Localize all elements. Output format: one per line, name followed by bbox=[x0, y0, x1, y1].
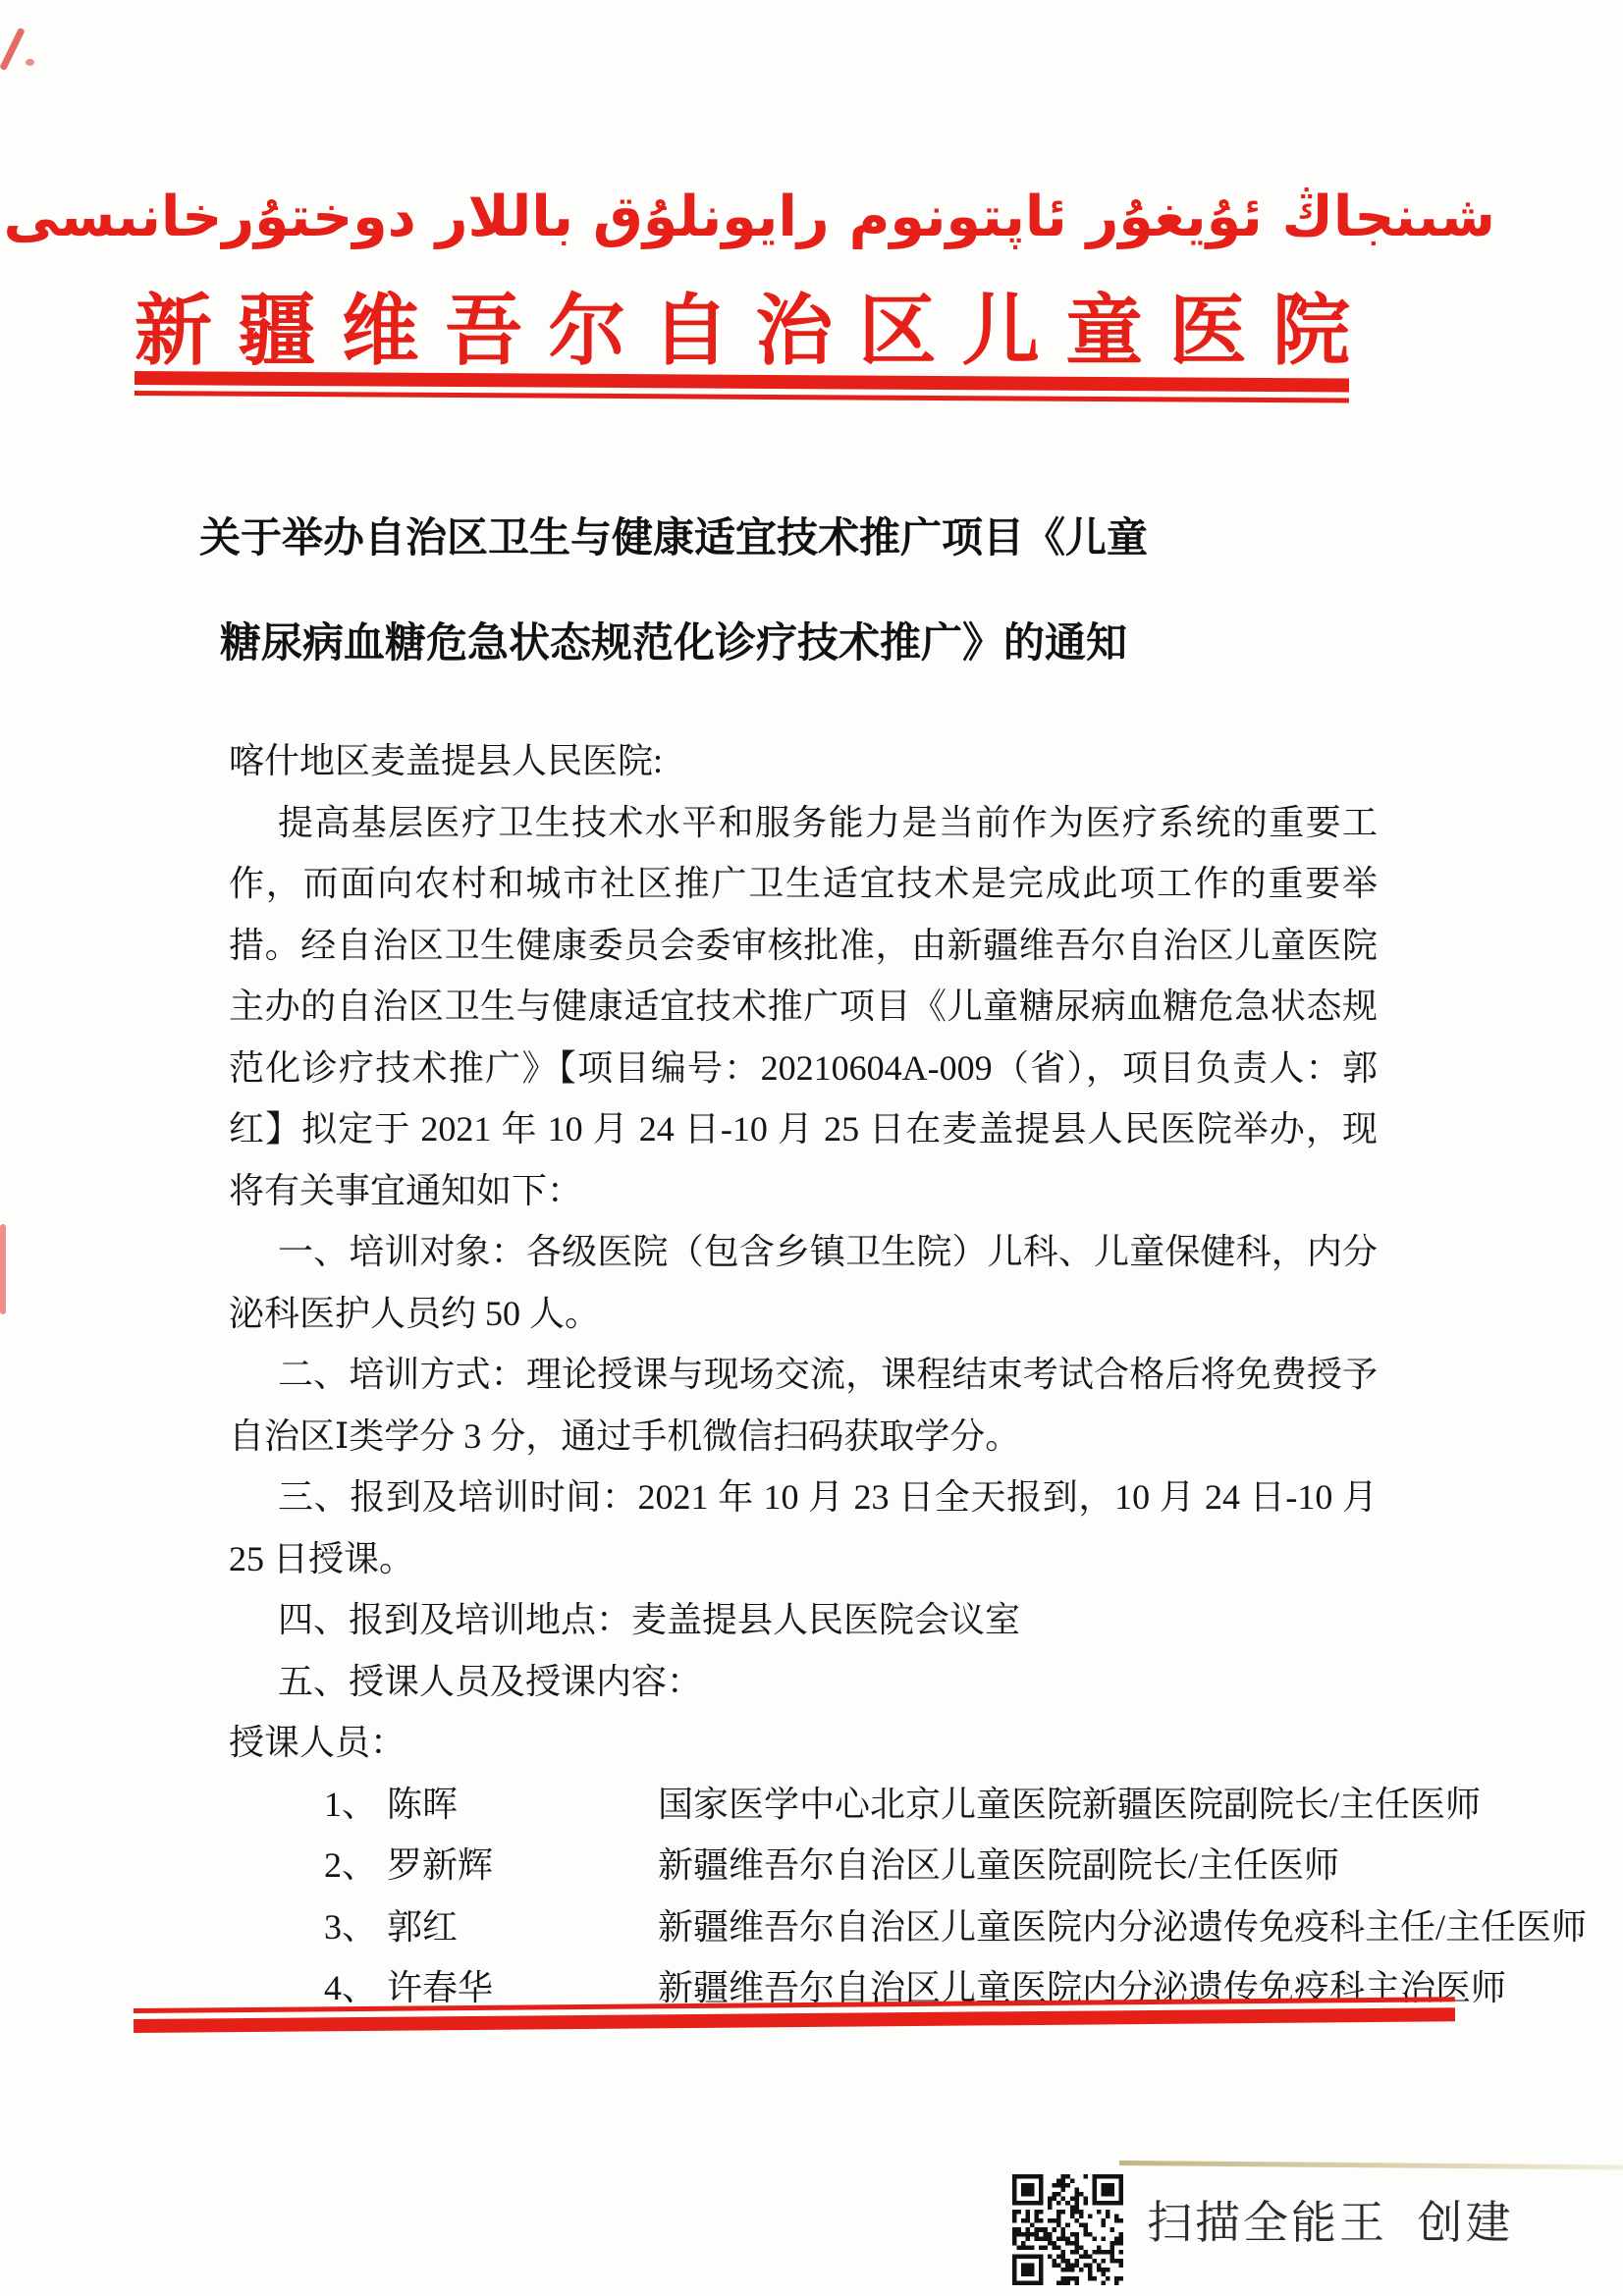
lecturer-number: 4、 bbox=[324, 1968, 377, 2007]
lecturer-name: 陈晖 bbox=[387, 1785, 458, 1824]
scan-artifact-corner bbox=[0, 27, 26, 71]
qr-code bbox=[1012, 2173, 1123, 2286]
scan-artifact-corner-dot bbox=[26, 59, 34, 66]
scan-artifact-left-edge bbox=[0, 1224, 6, 1314]
lecturer-title: 新疆维吾尔自治区儿童医院内分泌遗传免疫科主任/主任医师 bbox=[658, 1896, 1587, 1958]
item-3-training-time: 三、报到及培训时间：2021 年 10 月 23 日全天报到，10 月 24 日… bbox=[229, 1467, 1378, 1589]
lecturer-title: 新疆维吾尔自治区儿童医院副院长/主任医师 bbox=[658, 1835, 1378, 1896]
lecturer-number: 1、 bbox=[324, 1785, 377, 1824]
document-title: 关于举办自治区卫生与健康适宜技术推广项目《儿童 糖尿病血糖危急状态规范化诊疗技术… bbox=[0, 485, 1347, 695]
scan-artifact-tan-line bbox=[1119, 2161, 1623, 2169]
lecturer-row: 3、郭红 新疆维吾尔自治区儿童医院内分泌遗传免疫科主任/主任医师 bbox=[324, 1896, 1378, 1958]
lecturer-name: 许春华 bbox=[387, 1968, 493, 2007]
letterhead-hospital-name: 新疆维吾尔自治区儿童医院 bbox=[135, 279, 1350, 369]
lecturer-number: 3、 bbox=[324, 1907, 377, 1947]
scanner-watermark-text: 扫描全能王 创建 bbox=[1147, 2187, 1514, 2252]
intro-paragraph: 提高基层医疗卫生技术水平和服务能力是当前作为医疗系统的重要工作，而面向农村和城市… bbox=[229, 792, 1378, 1222]
scanned-document-page: شىنجاڭ ئۇيغۇر ئاپتونوم رايونلۇق باللار د… bbox=[0, 0, 1623, 2296]
letterhead-double-rule bbox=[135, 371, 1349, 403]
salutation: 喀什地区麦盖提县人民医院: bbox=[229, 730, 1378, 792]
document-body: 喀什地区麦盖提县人民医院: 提高基层医疗卫生技术水平和服务能力是当前作为医疗系统… bbox=[229, 730, 1378, 2019]
item-5-lecturers-and-content: 五、授课人员及授课内容： bbox=[229, 1651, 1378, 1713]
lecturer-row: 2、罗新辉 新疆维吾尔自治区儿童医院副院长/主任医师 bbox=[324, 1835, 1378, 1896]
document-title-line2: 糖尿病血糖危急状态规范化诊疗技术推广》的通知 bbox=[0, 590, 1347, 695]
lecturer-name: 罗新辉 bbox=[387, 1845, 493, 1885]
lecturer-title: 国家医学中心北京儿童医院新疆医院副院长/主任医师 bbox=[658, 1774, 1481, 1836]
lecturer-number: 2、 bbox=[324, 1845, 377, 1885]
lecturers-heading: 授课人员： bbox=[229, 1712, 1378, 1774]
item-4-training-place: 四、报到及培训地点：麦盖提县人民医院会议室 bbox=[229, 1589, 1378, 1651]
lecturer-row: 1、陈晖 国家医学中心北京儿童医院新疆医院副院长/主任医师 bbox=[324, 1774, 1378, 1836]
lecturer-name: 郭红 bbox=[387, 1907, 458, 1947]
letterhead-uyghur-line: شىنجاڭ ئۇيغۇر ئاپتونوم رايونلۇق باللار د… bbox=[108, 173, 1495, 262]
item-1-training-target: 一、培训对象：各级医院（包含乡镇卫生院）儿科、儿童保健科，内分泌科医护人员约 5… bbox=[229, 1221, 1378, 1344]
document-title-line1: 关于举办自治区卫生与健康适宜技术推广项目《儿童 bbox=[0, 485, 1347, 590]
item-2-training-method: 二、培训方式：理论授课与现场交流，课程结束考试合格后将免费授予自治区Ⅰ类学分 3… bbox=[229, 1344, 1378, 1467]
